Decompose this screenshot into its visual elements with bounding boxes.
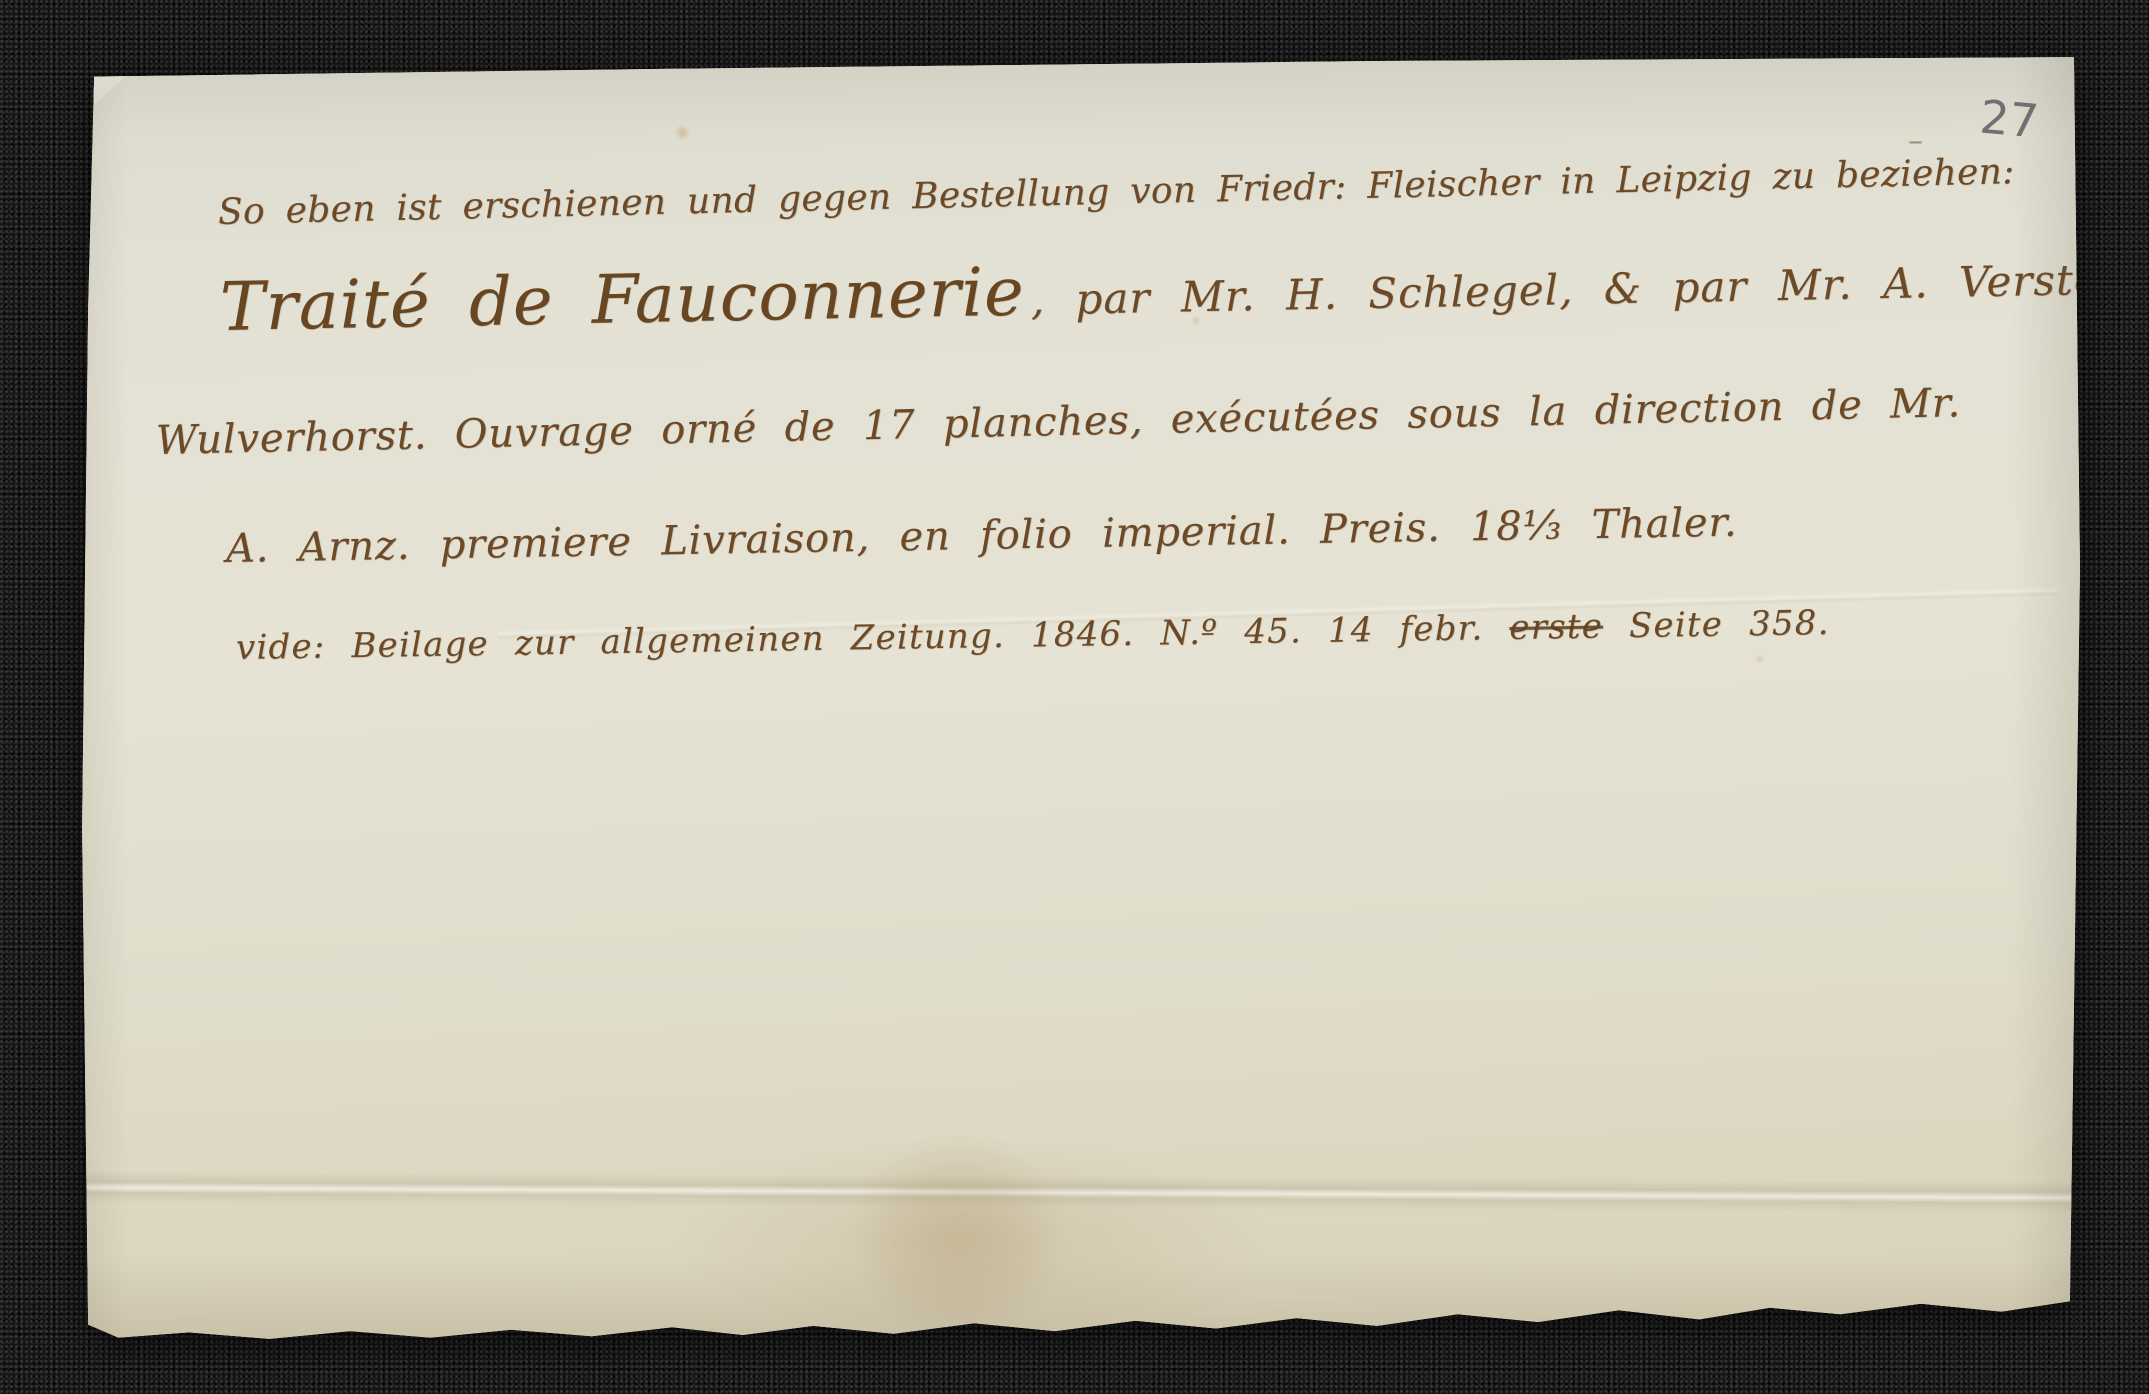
manuscript-line-price: A. Arnz. premiere Livraison, en folio im… (226, 500, 1738, 572)
reference-text: vide: Beilage zur allgemeinen Zeitung. 1… (236, 608, 1484, 668)
manuscript-line-description: Wulverhorst. Ouvrage orné de 17 planches… (156, 380, 1962, 464)
struck-word: erste (1509, 607, 1603, 648)
paper-stain (808, 1088, 1108, 1388)
authors-text: , par Mr. H. Schlegel, & par Mr. A. Vers… (1030, 252, 2149, 324)
folded-corner (84, 62, 142, 114)
paper-sheet: – 27 So eben ist erschienen und gegen Be… (68, 48, 2082, 1348)
reference-page: Seite 358. (1629, 603, 1830, 646)
manuscript-line-announcement: So eben ist erschienen und gegen Bestell… (218, 151, 2015, 233)
manuscript-line-title: Traité de Fauconnerie, par Mr. H. Schleg… (219, 229, 2149, 346)
manuscript-line-reference: vide: Beilage zur allgemeinen Zeitung. 1… (236, 603, 1830, 668)
archive-number: 27 (1978, 90, 2041, 149)
paper-surface: – 27 So eben ist erschienen und gegen Be… (68, 48, 2082, 1348)
book-title: Traité de Fauconnerie (219, 253, 1025, 346)
photo-backdrop: – 27 So eben ist erschienen und gegen Be… (0, 0, 2149, 1394)
